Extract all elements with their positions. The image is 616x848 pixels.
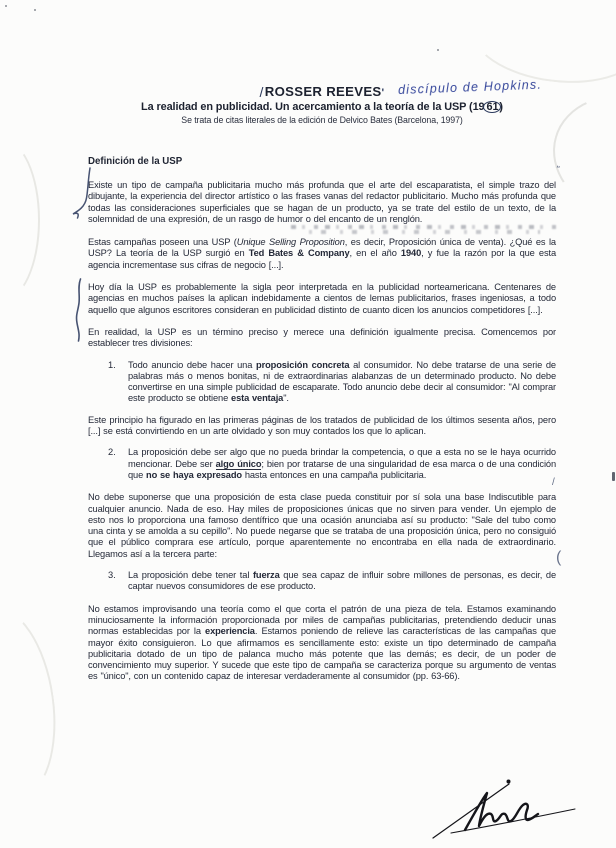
scan-artifact-curve [0, 138, 40, 302]
list-item-3-text: La proposición debe tener tal fuerza que… [128, 570, 556, 593]
list-item-1-number: 1. [108, 360, 116, 371]
list-item-3-number: 3. [108, 570, 116, 581]
section-heading: Definición de la USP [88, 156, 556, 167]
paragraph-unique-proposition: No debe suponerse que una proposición de… [88, 492, 556, 560]
paragraph-usp-origin: Estas campañas poseen una USP (Unique Se… [88, 237, 556, 271]
paragraph-conclusion: No estamos improvisando una teoría como … [88, 604, 556, 683]
smudged-text-line [291, 224, 562, 235]
pen-slash-mark: / [260, 85, 264, 99]
list-item-2-number: 2. [108, 447, 116, 458]
subtitle-close-paren: ) [499, 101, 503, 113]
paragraph-three-divisions: En realidad, la USP es un término precis… [88, 327, 556, 350]
scan-speck [34, 9, 36, 11]
document-title: /ROSSER REEVES' [88, 84, 556, 100]
list-item-1: 1. Todo anuncio debe hacer una proposici… [88, 360, 556, 405]
margin-brace-icon [72, 278, 86, 342]
pen-paren-mark: ( [556, 549, 561, 567]
source-note: Se trata de citas literales de la edició… [88, 115, 556, 125]
scan-edge-mark [612, 472, 615, 481]
list-item-1-text: Todo anuncio debe hacer una proposición … [128, 360, 556, 405]
scan-artifact-curve [0, 600, 67, 805]
list-item-2-text: La proposición debe ser algo que no pued… [128, 447, 556, 481]
scanned-document-page: discípulo de Hopkins. /ROSSER REEVES' La… [0, 0, 616, 848]
paragraph-misinterpretation: Hoy día la USP es probablemente la sigla… [88, 282, 556, 316]
list-item-2: 2. La proposición debe ser algo que no p… [88, 447, 556, 481]
pen-tick-mark: ' [382, 87, 385, 99]
document-subtitle: La realidad en publicidad. Un acercamien… [88, 101, 556, 113]
list-item-3: 3. La proposición debe tener tal fuerza … [88, 570, 556, 593]
scan-speck [5, 5, 7, 7]
paragraph-principle: Este principio ha figurado en las primer… [88, 415, 556, 438]
signature-icon [423, 774, 593, 846]
pen-tick-mark: '' [555, 164, 560, 174]
title-text: ROSSER REEVES [265, 84, 382, 99]
pen-tick-mark: / [552, 477, 555, 488]
document-body: /ROSSER REEVES' La realidad en publicida… [88, 0, 556, 683]
subtitle-text: La realidad en publicidad. Un acercamien… [141, 101, 484, 113]
paragraph-definition-1: Existe un tipo de campaña publicitaria m… [88, 180, 556, 225]
margin-bracket-icon [70, 166, 96, 220]
